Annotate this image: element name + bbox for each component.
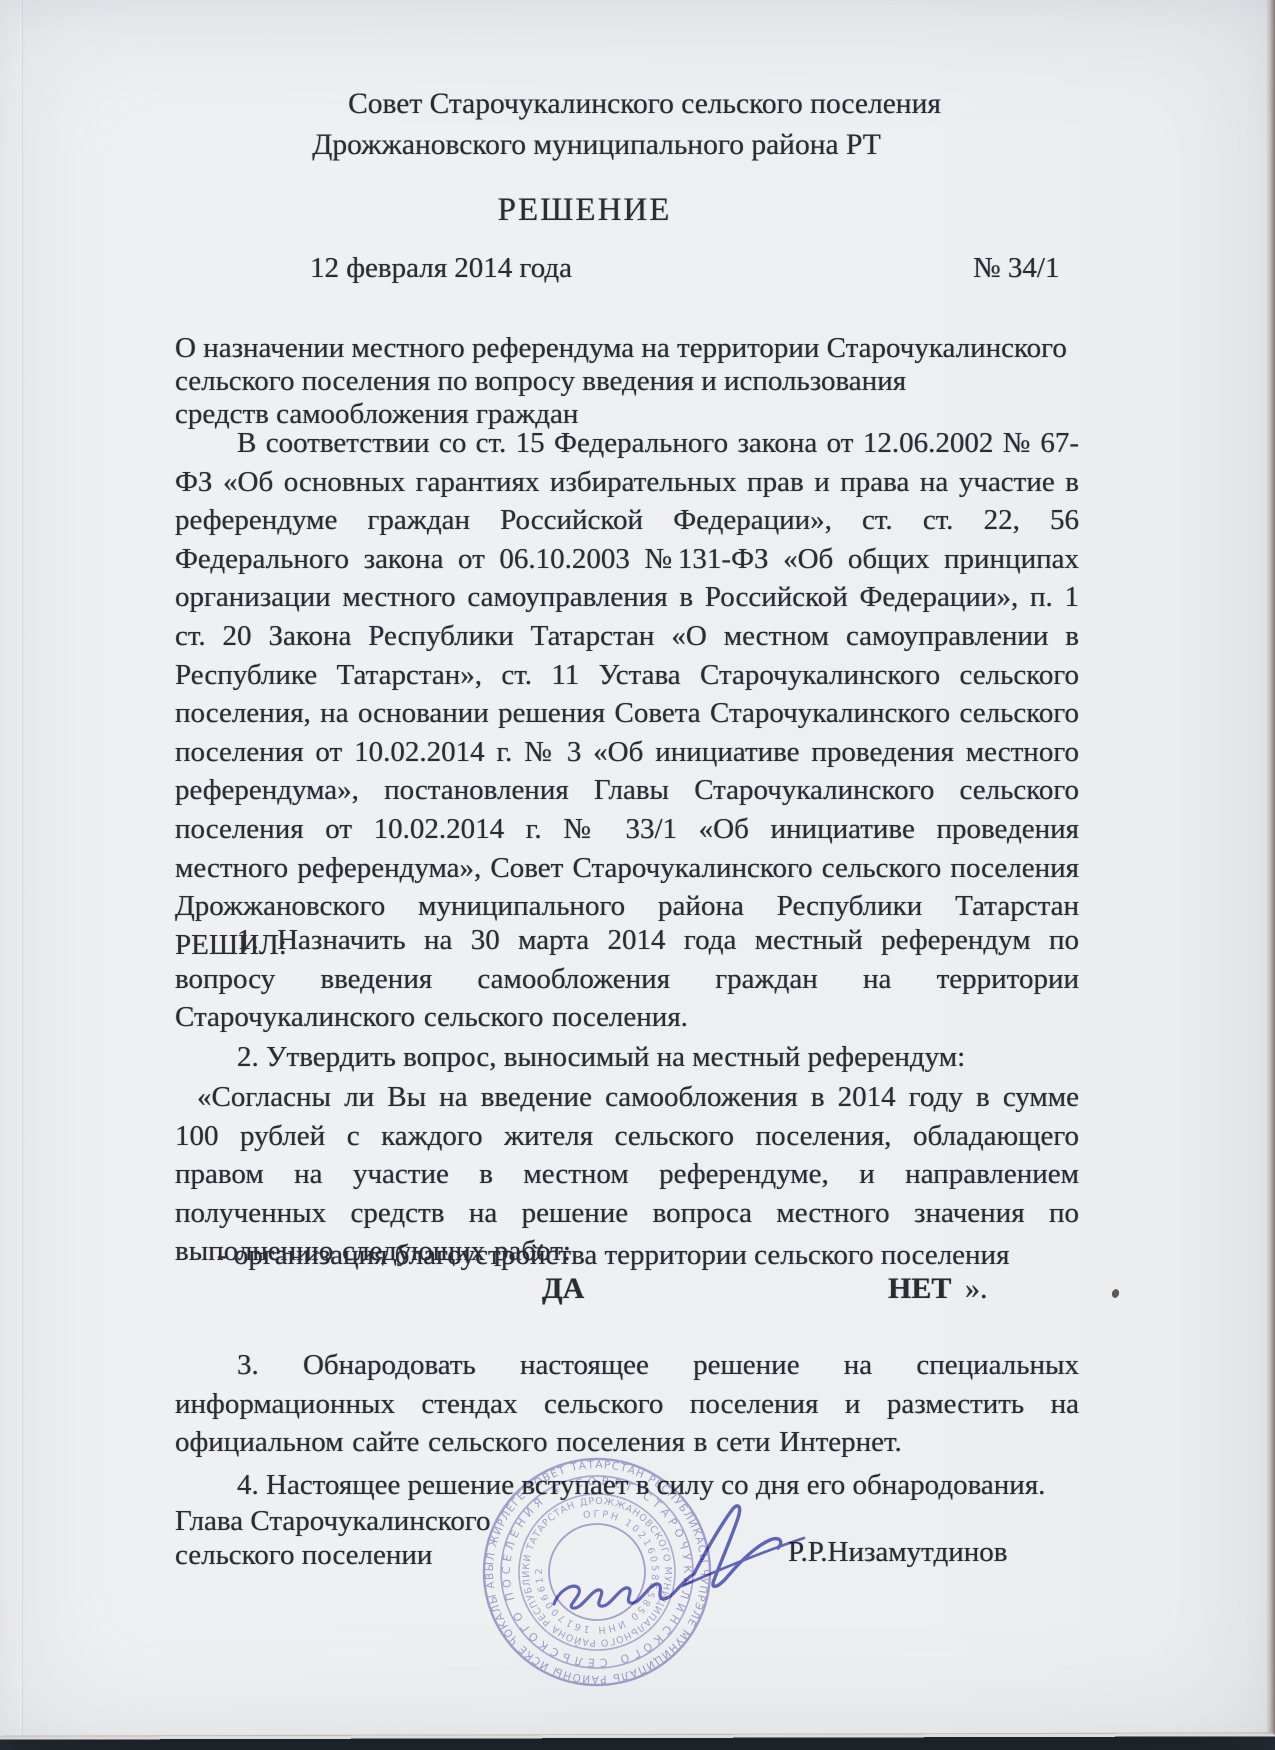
signatory-post-line2: сельского поселении xyxy=(175,1536,432,1575)
document-number: № 34/1 xyxy=(973,252,1059,285)
document-type-title: РЕШЕНИЕ xyxy=(0,192,1222,229)
preamble-paragraph: В соответствии со ст. 15 Федерального за… xyxy=(175,424,1079,964)
document-date: 12 февраля 2014 года xyxy=(310,252,572,285)
vote-yes-label: ДА xyxy=(542,1272,584,1306)
subject-block: О назначении местного референдума на тер… xyxy=(175,332,1067,431)
vote-options-row: ДА НЕТ ». xyxy=(0,1272,1275,1312)
scanned-document-page: Совет Старочукалинского сельского поселе… xyxy=(0,0,1275,1750)
subject-line2: сельского поселения по вопросу введения … xyxy=(175,365,1067,398)
decision-item-1: 1. Назначить на 30 марта 2014 года местн… xyxy=(175,921,1079,1037)
decision-item-2: 2. Утвердить вопрос, выносимый на местны… xyxy=(175,1038,965,1077)
scanner-left-edge xyxy=(0,0,23,1736)
scanner-bottom-edge xyxy=(0,1732,1275,1750)
subject-line1: О назначении местного референдума на тер… xyxy=(175,332,1067,365)
works-list-item: - организация благоустройства территории… xyxy=(175,1236,1009,1275)
scanner-right-edge xyxy=(1266,0,1275,1740)
vote-no-label: НЕТ xyxy=(888,1272,951,1306)
org-name-line2: Дрожжановского муниципального района РТ xyxy=(0,125,1234,166)
signatory-post-line1: Глава Старочукалинского xyxy=(175,1502,491,1541)
signature-wavy-stroke xyxy=(554,1574,694,1608)
handwritten-signature xyxy=(542,1488,832,1623)
org-name-line1: Совет Старочукалинского сельского поселе… xyxy=(7,84,1275,125)
closing-quote: ». xyxy=(965,1272,988,1306)
